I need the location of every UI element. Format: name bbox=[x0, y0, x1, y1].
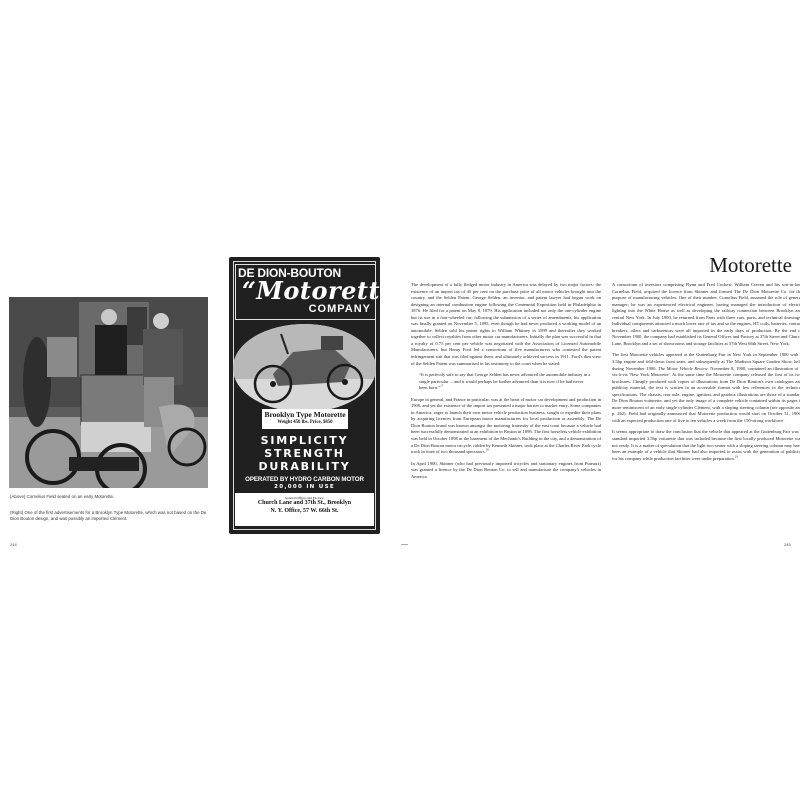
ad-header: DE DION-BOUTON “Motorette” COMPANY bbox=[235, 264, 376, 320]
quote-text: “It is perfectly safe to say that George… bbox=[419, 372, 590, 390]
paragraph-text: Europe in general, and France in particu… bbox=[411, 397, 601, 454]
ad-address-line-2: N. Y. Office, 57 W. 66th St. bbox=[235, 508, 374, 516]
footnote-ref: 19 bbox=[735, 454, 738, 458]
photograph-icon bbox=[9, 297, 208, 488]
publication-title: The Motor Vehicle Review bbox=[658, 366, 707, 371]
footnote-ref: 18 bbox=[486, 448, 489, 452]
ad-car-illustration bbox=[233, 324, 376, 412]
car-illustration-icon bbox=[233, 324, 376, 412]
footnote-ref: 17 bbox=[440, 384, 443, 388]
ad-weight-price: Weight 450 lbs. Price, $850 bbox=[262, 419, 348, 426]
left-page-body: The development of a fully fledged motor… bbox=[411, 282, 601, 485]
right-page-body: A consortium of investors comprising Fly… bbox=[612, 282, 800, 467]
photo-caption-above: (Above) Cornelius Field seated on an ear… bbox=[10, 494, 215, 500]
gutter-mark bbox=[401, 544, 408, 545]
chapter-title: Motorette bbox=[700, 253, 792, 278]
page-number-right: 245 bbox=[784, 542, 791, 547]
body-paragraph: It seems appropriate to draw the conclus… bbox=[612, 429, 800, 462]
motorette-advertisement: DE DION-BOUTON “Motorette” COMPANY Brook… bbox=[229, 257, 380, 534]
ad-address-line-1: Church Lane and 37th St., Brooklyn bbox=[235, 500, 374, 508]
ad-in-use: 20,000 IN USE bbox=[229, 484, 380, 490]
page-number-left: 244 bbox=[10, 542, 17, 547]
body-paragraph: The development of a fully fledged motor… bbox=[411, 282, 601, 367]
photo-caption-right: (Right) One of the first advertisements … bbox=[10, 510, 215, 522]
body-paragraph: Europe in general, and France in particu… bbox=[411, 397, 601, 456]
ad-company: COMPANY bbox=[309, 303, 371, 315]
ad-model-box: Brooklyn Type Motorette Weight 450 lbs. … bbox=[262, 409, 348, 429]
ad-operated-by: OPERATED BY HYDRO CARBON MOTOR bbox=[229, 476, 380, 483]
ad-slogan-simplicity: SIMPLICITY bbox=[229, 434, 380, 447]
ad-slogan-durability: DURABILITY bbox=[229, 460, 380, 473]
historic-photo-cornelius-field bbox=[9, 297, 208, 488]
ad-script-title: “Motorette” bbox=[242, 276, 410, 305]
ad-address-box: General Offices and Factory: Church Lane… bbox=[235, 493, 374, 526]
body-paragraph: The first Motorette vehicles appeared at… bbox=[612, 352, 800, 424]
paragraph-text: , November 8, 1900, contained an illustr… bbox=[612, 366, 800, 423]
paragraph-text: It seems appropriate to draw the conclus… bbox=[612, 429, 800, 460]
body-paragraph: In April 1900, Skinner (who had previous… bbox=[411, 461, 601, 481]
ford-quote: “It is perfectly safe to say that George… bbox=[419, 372, 593, 392]
body-paragraph: A consortium of investors comprising Fly… bbox=[612, 282, 800, 347]
ad-model-name: Brooklyn Type Motorette bbox=[262, 410, 348, 419]
ad-slogan-strength: STRENGTH bbox=[229, 447, 380, 460]
